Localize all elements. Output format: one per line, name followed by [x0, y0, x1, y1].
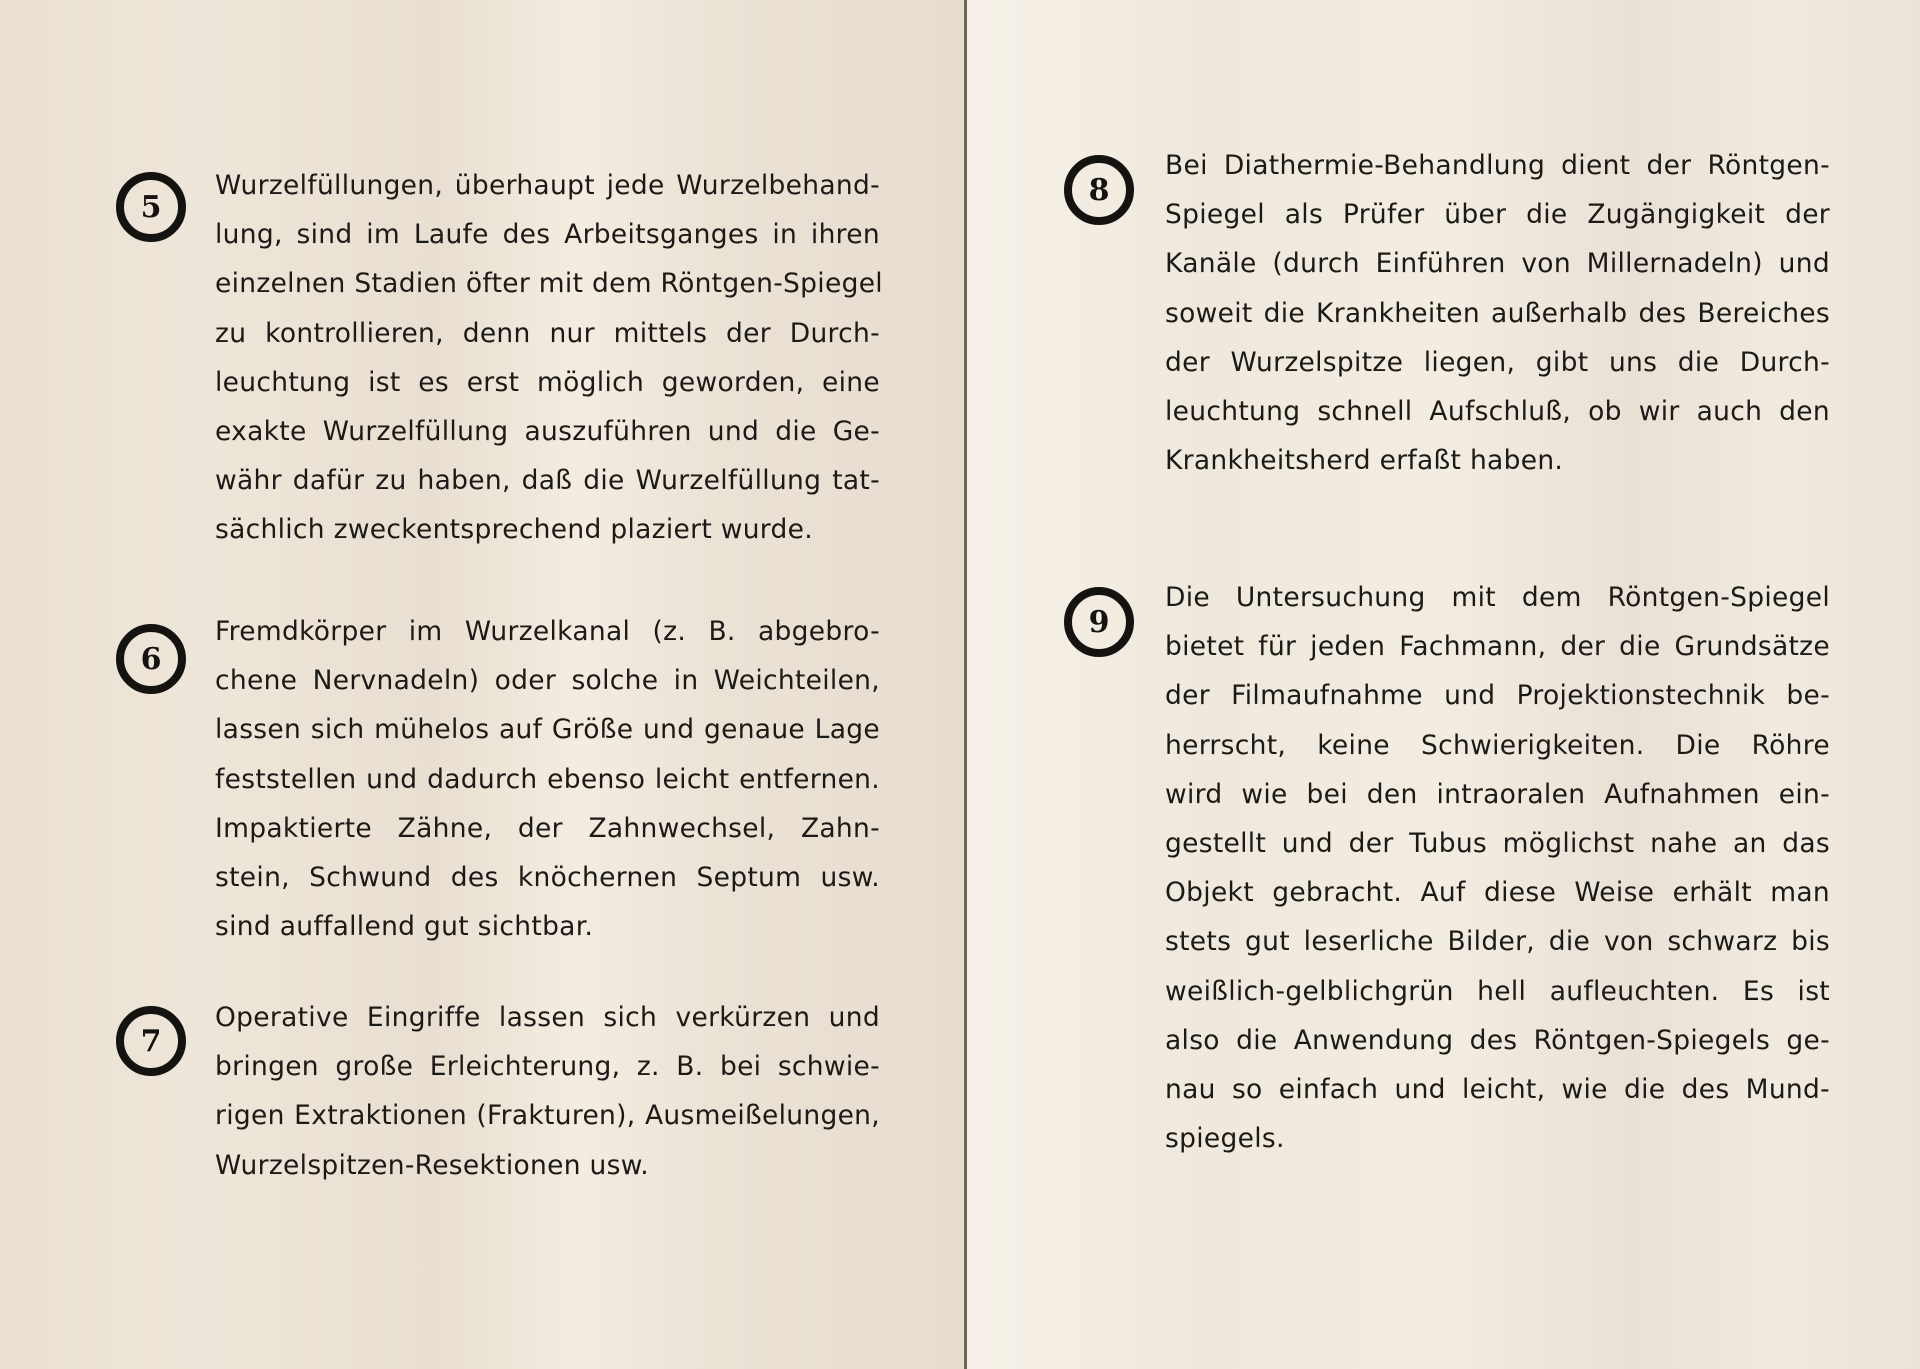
text-line: bringen große Erleichterung, z. B. bei s… [215, 1042, 880, 1091]
section-8-text: Bei Diathermie-Behandlung dient der Rönt… [1165, 141, 1830, 485]
text-line: der Wurzelspitze liegen, gibt uns die Du… [1165, 338, 1830, 387]
text-line: wird wie bei den intraoralen Aufnahmen e… [1165, 770, 1830, 819]
text-line: Die Untersuchung mit dem Röntgen-Spiegel [1165, 573, 1830, 622]
section-7-text: Operative Eingriffe lassen sich verkürze… [215, 993, 880, 1190]
section-6-text: Fremdkörper im Wurzelkanal (z. B. abgebr… [215, 607, 880, 951]
text-line: also die Anwendung des Röntgen-Spiegels … [1165, 1016, 1830, 1065]
text-line: Kanäle (durch Einführen von Millernadeln… [1165, 239, 1830, 288]
text-line: nau so einfach und leicht, wie die des M… [1165, 1065, 1830, 1114]
text-line: weißlich-gelblichgrün hell aufleuchten. … [1165, 967, 1830, 1016]
text-line: Wurzelfüllungen, überhaupt jede Wurzelbe… [215, 161, 880, 210]
text-line: stein, Schwund des knöchernen Septum usw… [215, 853, 880, 902]
text-line: herrscht, keine Schwierigkeiten. Die Röh… [1165, 721, 1830, 770]
left-page: 5 Wurzelfüllungen, überhaupt jede Wurzel… [0, 0, 965, 1369]
text-line: sind auffallend gut sichtbar. [215, 902, 880, 951]
number-badge-8: 8 [1064, 155, 1134, 225]
text-line: exakte Wurzelfüllung auszuführen und die… [215, 407, 880, 456]
number-badge-5: 5 [116, 172, 186, 242]
number-badge-7: 7 [116, 1006, 186, 1076]
text-line: rigen Extraktionen (Frakturen), Ausmeiße… [215, 1091, 880, 1140]
text-line: Operative Eingriffe lassen sich verkürze… [215, 993, 880, 1042]
text-line: sächlich zweckentsprechend plaziert wurd… [215, 505, 880, 554]
text-line: feststellen und dadurch ebenso leicht en… [215, 755, 880, 804]
text-line: einzelnen Stadien öfter mit dem Röntgen-… [215, 259, 880, 308]
text-line: spiegels. [1165, 1114, 1830, 1163]
text-line: lung, sind im Laufe des Arbeitsganges in… [215, 210, 880, 259]
right-page: 8 Bei Diathermie-Behandlung dient der Rö… [967, 0, 1920, 1369]
text-line: chene Nervnadeln) oder solche in Weichte… [215, 656, 880, 705]
text-line: leuchtung schnell Aufschluß, ob wir auch… [1165, 387, 1830, 436]
text-line: gestellt und der Tubus möglichst nahe an… [1165, 819, 1830, 868]
text-line: Wurzelspitzen-Resektionen usw. [215, 1141, 880, 1190]
number-badge-6: 6 [116, 624, 186, 694]
text-line: soweit die Krankheiten außerhalb des Ber… [1165, 289, 1830, 338]
text-line: lassen sich mühelos auf Größe und genaue… [215, 705, 880, 754]
text-line: Spiegel als Prüfer über die Zugängigkeit… [1165, 190, 1830, 239]
section-9-text: Die Untersuchung mit dem Röntgen-Spiegel… [1165, 573, 1830, 1163]
text-line: zu kontrollieren, denn nur mittels der D… [215, 309, 880, 358]
text-line: stets gut leserliche Bilder, die von sch… [1165, 917, 1830, 966]
text-line: Fremdkörper im Wurzelkanal (z. B. abgebr… [215, 607, 880, 656]
number-badge-9: 9 [1064, 587, 1134, 657]
section-5-text: Wurzelfüllungen, überhaupt jede Wurzelbe… [215, 161, 880, 555]
text-line: der Filmaufnahme und Projektionstechnik … [1165, 671, 1830, 720]
text-line: bietet für jeden Fachmann, der die Grund… [1165, 622, 1830, 671]
text-line: währ dafür zu haben, daß die Wurzelfüllu… [215, 456, 880, 505]
text-line: leuchtung ist es erst möglich geworden, … [215, 358, 880, 407]
text-line: Bei Diathermie-Behandlung dient der Rönt… [1165, 141, 1830, 190]
text-line: Impaktierte Zähne, der Zahnwechsel, Zahn… [215, 804, 880, 853]
text-line: Objekt gebracht. Auf diese Weise erhält … [1165, 868, 1830, 917]
text-line: Krankheitsherd erfaßt haben. [1165, 436, 1830, 485]
